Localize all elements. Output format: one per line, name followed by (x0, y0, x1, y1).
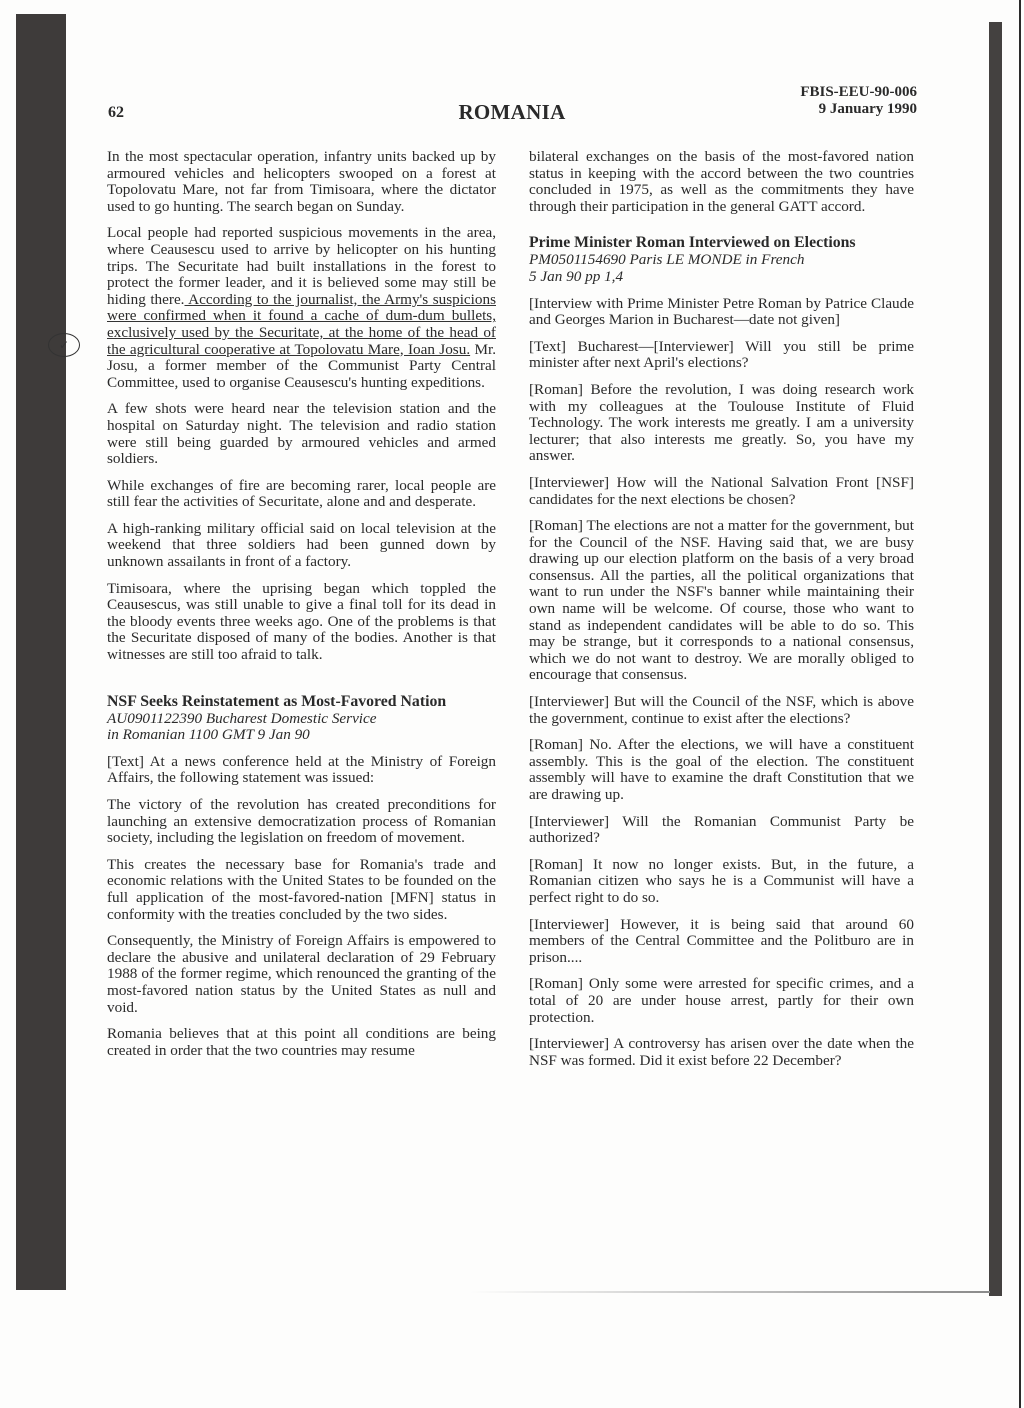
scan-edge-shadow-right (989, 22, 1002, 1296)
page-bottom-edge (470, 1291, 990, 1293)
paragraph: [Roman] The elections are not a matter f… (529, 518, 914, 684)
scan-edge-line (1019, 0, 1021, 1408)
paragraph: [Text] Bucharest—[Interviewer] Will you … (529, 339, 914, 372)
paragraph: [Interview with Prime Minister Petre Rom… (529, 296, 914, 329)
paragraph: [Roman] No. After the elections, we will… (529, 737, 914, 803)
paragraph: [Roman] Only some were arrested for spec… (529, 976, 914, 1026)
handwritten-circled-mark-icon: ✓ (48, 333, 80, 357)
paragraph: [Interviewer] How will the National Salv… (529, 475, 914, 508)
document-id-block: FBIS-EEU-90-006 9 January 1990 (800, 84, 917, 118)
paragraph: [Interviewer] But will the Council of th… (529, 694, 914, 727)
paragraph: A few shots were heard near the televisi… (107, 401, 496, 467)
paragraph: [Interviewer] A controversy has arisen o… (529, 1036, 914, 1069)
paragraph: [Interviewer] However, it is being said … (529, 917, 914, 967)
scan-binding-shadow-left (16, 14, 66, 1290)
article-headline: Prime Minister Roman Interviewed on Elec… (529, 233, 914, 252)
document-date: 9 January 1990 (800, 101, 917, 118)
paragraph: While exchanges of fire are becoming rar… (107, 478, 496, 511)
right-column: bilateral exchanges on the basis of the … (529, 149, 914, 1079)
paragraph: bilateral exchanges on the basis of the … (529, 149, 914, 215)
paragraph: This creates the necessary base for Roma… (107, 857, 496, 923)
paragraph: In the most spectacular operation, infan… (107, 149, 496, 215)
paragraph: [Roman] Before the revolution, I was doi… (529, 382, 914, 465)
paragraph: The victory of the revolution has create… (107, 797, 496, 847)
paragraph: Timisoara, where the uprising began whic… (107, 581, 496, 664)
document-id: FBIS-EEU-90-006 (800, 84, 917, 101)
left-column: In the most spectacular operation, infan… (107, 149, 496, 1069)
paragraph: [Roman] It now no longer exists. But, in… (529, 857, 914, 907)
article-headline: NSF Seeks Reinstatement as Most-Favored … (107, 692, 496, 711)
paragraph: A high-ranking military official said on… (107, 521, 496, 571)
paragraph: Consequently, the Ministry of Foreign Af… (107, 933, 496, 1016)
paragraph: Local people had reported suspicious mov… (107, 225, 496, 391)
article-source: AU0901122390 Bucharest Domestic Service … (107, 711, 496, 744)
paragraph: [Text] At a news conference held at the … (107, 754, 496, 787)
paragraph: Romania believes that at this point all … (107, 1026, 496, 1059)
section-title: ROMANIA (107, 100, 917, 125)
article-source: PM0501154690 Paris LE MONDE in French 5 … (529, 252, 914, 285)
page-header: 62 ROMANIA FBIS-EEU-90-006 9 January 199… (107, 84, 917, 124)
paragraph: [Interviewer] Will the Romanian Communis… (529, 814, 914, 847)
